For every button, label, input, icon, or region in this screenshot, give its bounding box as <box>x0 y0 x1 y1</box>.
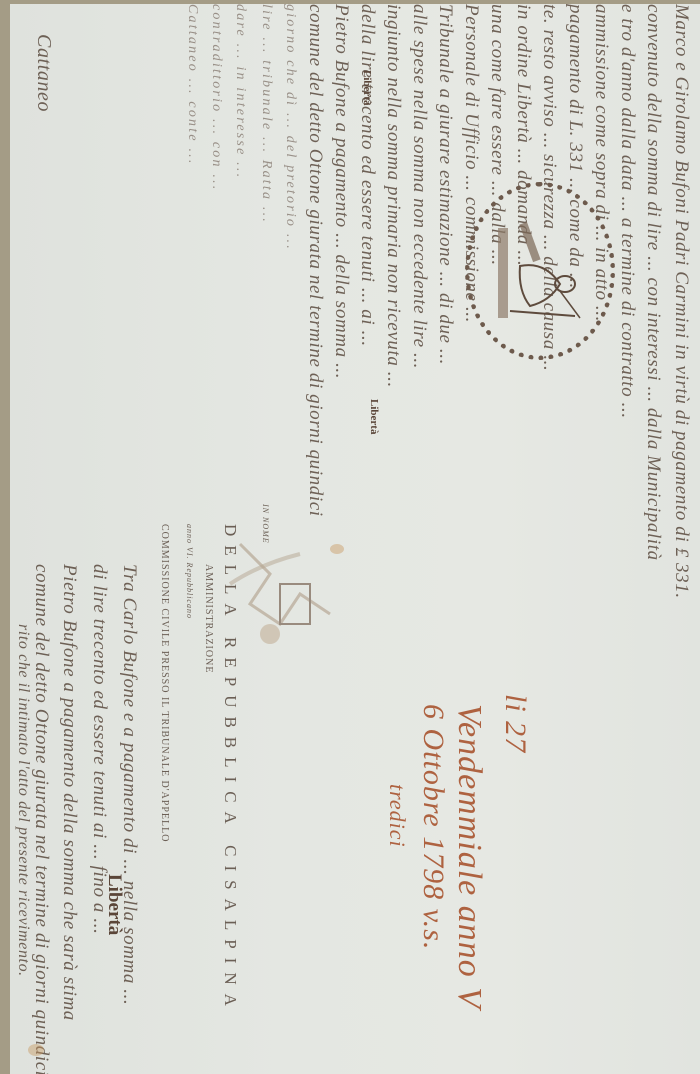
handwritten-line: alle spese nella somma non eccedente lir… <box>408 4 430 369</box>
liberta-mark: Libertà <box>103 874 125 935</box>
signature: Cattaneo <box>32 34 55 112</box>
handwritten-line: lire ... tribunale ... Ratta ... <box>258 4 274 224</box>
seal-motto: Libertà <box>361 70 373 105</box>
allegorical-figure-icon <box>490 205 590 337</box>
handwritten-line: Cattaneo ... conte ... <box>184 4 200 166</box>
red-annotation: 6 Ottobre 1798 v.s. <box>416 704 450 950</box>
handwritten-line: rito che il intimato l'atto del presente… <box>14 624 32 977</box>
stamp-mark: Libertà <box>368 399 380 434</box>
handwritten-line: comune del detto Ottone giurata nel term… <box>30 564 52 1074</box>
red-annotation: li 27 <box>498 694 532 753</box>
handwritten-line: giorno che dì ... del pretorio ... <box>282 4 298 251</box>
handwritten-line: convenuto della somma di lire ... con in… <box>642 4 664 561</box>
document-sheet: Marco e Girolamo Bufoni Padri Carmini in… <box>10 4 700 1074</box>
handwritten-line: dare ... in interesse ... <box>232 4 248 179</box>
letterhead-commission: COMMISSIONE CIVILE PRESSO IL TRIBUNALE D… <box>159 524 170 842</box>
handwritten-line: ingiunto nella somma primaria non ricevu… <box>382 4 404 388</box>
handwritten-line: della lire trecento ed essere tenuti ...… <box>356 4 378 347</box>
seal-figure <box>490 205 590 337</box>
handwritten-line: e tro d'anno dalla data ... a termine di… <box>616 4 638 419</box>
handwritten-line: comune del detto Ottone giurata nel term… <box>304 4 326 517</box>
handwritten-line: Tra Carlo Bufone e a pagamento di ... ne… <box>118 564 140 1005</box>
handwritten-line: contradittorio ... con ... <box>208 4 224 191</box>
paper-stain <box>330 544 344 554</box>
handwritten-line: Tribunale a giurare estimazione ... di d… <box>434 4 456 365</box>
red-annotation: Vendemmiale anno V <box>450 704 488 1009</box>
handwritten-line: Pietro Bufone a pagamento della somma ch… <box>58 564 80 1021</box>
handwritten-line: Marco e Girolamo Bufoni Padri Carmini in… <box>670 4 692 599</box>
handwritten-line: Pietro Bufone a pagamento ... della somm… <box>330 4 352 379</box>
paper-stain <box>28 1044 44 1056</box>
letterhead-year: anno VI. Repubblicano <box>185 524 194 619</box>
seal-emblem <box>465 182 615 360</box>
red-annotation: tredici <box>384 784 410 848</box>
